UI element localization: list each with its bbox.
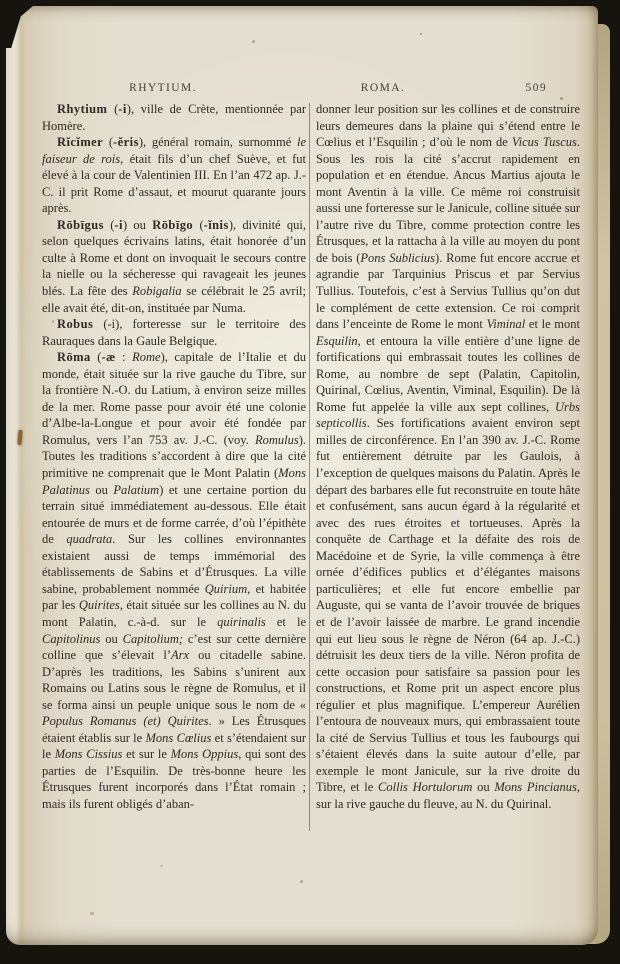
italic-text: Palatium <box>113 483 159 497</box>
dictionary-entry-robus: Robus (-i), forteresse sur le territoire… <box>42 316 306 349</box>
body-text: : <box>116 350 133 364</box>
body-text: et le <box>266 615 306 629</box>
italic-text: Populus Romanus (et) Quirites <box>42 714 209 728</box>
italic-text: Esquilin <box>316 334 358 348</box>
italic-text: Capitolinus <box>42 632 100 646</box>
bold-text: -i <box>114 218 123 232</box>
italic-text: quirinalis <box>217 615 266 629</box>
dictionary-entry-rhytium: Rhytium (-i), ville de Crète, mentionnée… <box>42 101 306 134</box>
italic-text: Mons Pincianus <box>494 780 577 794</box>
body-text: ), général romain, surnommé <box>139 135 297 149</box>
foxing-speck <box>160 865 163 867</box>
bold-text: -ĕris <box>113 135 139 149</box>
dictionary-entry-roma: Rōma (-æ : Rome), capitale de l’Italie e… <box>42 349 306 812</box>
italic-text: Robigalia <box>132 284 181 298</box>
foxing-speck <box>90 912 94 915</box>
body-text: ou <box>100 632 122 646</box>
running-head-left: RHYTIUM. <box>98 82 228 94</box>
body-text: ( <box>107 102 118 116</box>
foxing-speck <box>300 880 303 883</box>
body-text: ) ou <box>123 218 152 232</box>
page-number: 509 <box>503 82 547 94</box>
binding-stitch <box>17 430 22 445</box>
continuation-paragraph: donner leur position sur les collines et… <box>316 101 580 813</box>
italic-text: Rome <box>132 350 160 364</box>
body-text: ou <box>472 780 494 794</box>
left-column: Rhytium (-i), ville de Crète, mentionnée… <box>42 101 306 813</box>
italic-text: Arx <box>171 648 189 662</box>
italic-text: Collis Hortulorum <box>378 780 472 794</box>
italic-text: Mons Cissius <box>55 747 123 761</box>
book-page: RHYTIUM. ROMA. 509 Rhytium (-i), ville d… <box>6 6 598 945</box>
column-divider-rule <box>309 103 310 831</box>
right-column: donner leur position sur les collines et… <box>316 101 580 813</box>
italic-text: Mons Cœlius <box>146 731 212 745</box>
dictionary-entry-robigus: Rōbīgus (-i) ou Rōbīgo (-ĭnis), divinité… <box>42 217 306 316</box>
dictionary-entry-ricimer: Rĭcĭmer (-ĕris), général romain, surnomm… <box>42 134 306 217</box>
body-text: ( <box>91 350 102 364</box>
body-text: ( <box>103 135 113 149</box>
body-text: . Sous les rois la cité s’accrut rapidem… <box>316 135 580 265</box>
bold-text: Robus <box>57 317 93 331</box>
bold-text: -ĭnis <box>204 218 229 232</box>
italic-text: Quirites <box>79 598 120 612</box>
italic-text: quadrata <box>66 532 112 546</box>
foxing-speck <box>560 97 563 100</box>
bold-text: Rĭcĭmer <box>57 135 103 149</box>
italic-text: Romulus <box>255 433 299 447</box>
bold-text: Rōma <box>57 350 91 364</box>
bold-text: -æ <box>101 350 115 364</box>
running-head-right: ROMA. <box>328 82 438 94</box>
bold-text: Rhytium <box>57 102 107 116</box>
body-text: et le mont <box>525 317 580 331</box>
bold-text: -i <box>118 102 127 116</box>
book-scan: RHYTIUM. ROMA. 509 Rhytium (-i), ville d… <box>0 0 620 964</box>
bold-text: Rōbīgus <box>57 218 104 232</box>
italic-text: Capitolium; <box>123 632 183 646</box>
italic-text: Pons Sublicius <box>360 251 435 265</box>
italic-text: Quirium <box>205 582 247 596</box>
body-text: . Ses fortifications avaient environ sep… <box>316 416 580 794</box>
italic-text: Vicus Tuscus <box>512 135 577 149</box>
body-text: ( <box>193 218 203 232</box>
bold-text: Rōbīgo <box>152 218 193 232</box>
foxing-speck <box>420 33 422 35</box>
body-text: ou <box>90 483 113 497</box>
body-text: et sur le <box>122 747 170 761</box>
foxing-speck <box>252 40 255 43</box>
italic-text: Viminal <box>487 317 526 331</box>
body-text: ( <box>104 218 114 232</box>
italic-text: Mons Oppius <box>171 747 239 761</box>
